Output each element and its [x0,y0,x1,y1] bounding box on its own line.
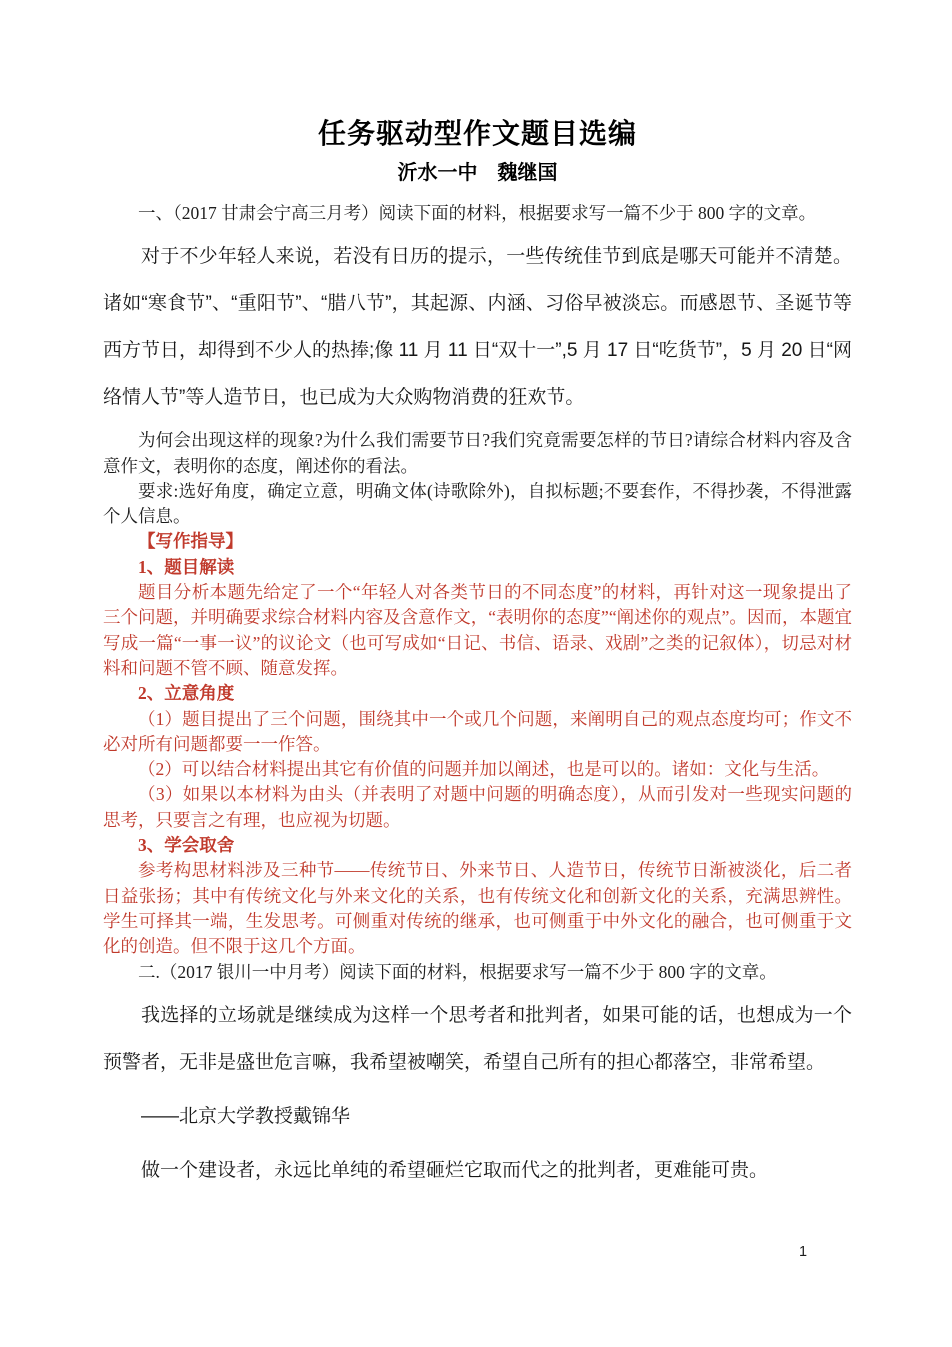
guide-section-2-point-2: （2）可以结合材料提出其它有价值的问题并加以阐述，也是可以的。诸如：文化与生活。 [103,757,852,782]
question-2-intro: 二.（2017 银川一中月考）阅读下面的材料，根据要求写一篇不少于 800 字的… [103,960,852,985]
question-1-material: 对于不少年轻人来说，若没有日历的提示，一些传统佳节到底是哪天可能并不清楚。诸如“… [103,233,852,421]
question-2-attribution: ——北京大学教授戴锦华 [103,1093,852,1140]
document-page: 任务驱动型作文题目选编 沂水一中 魏继国 一、（2017 甘肃会宁高三月考）阅读… [0,0,952,1347]
page-number: 1 [799,1244,807,1260]
guide-section-2-point-3: （3）如果以本材料为由头（并表明了对题中问题的明确态度），从而引发对一些现实问题… [103,782,852,833]
guide-section-1-body: 题目分析本题先给定了一个“年轻人对各类节日的不同态度”的材料，再针对这一现象提出… [103,580,852,681]
guide-section-2-point-1: （1）题目提出了三个问题，围绕其中一个或几个问题，来阐明自己的观点态度均可；作文… [103,707,852,758]
question-2-material-2: 做一个建设者，永远比单纯的希望砸烂它取而代之的批判者，更难能可贵。 [103,1147,852,1194]
guide-section-3-heading: 3、学会取舍 [103,833,852,858]
guide-section-1-heading: 1、题目解读 [103,555,852,580]
question-1-prompt: 为何会出现这样的现象?为什么我们需要节日?我们究竟需要怎样的节日?请综合材料内容… [103,428,852,479]
question-1-requirements: 要求:选好角度，确定立意，明确文体(诗歌除外)，自拟标题;不要套作，不得抄袭，不… [103,479,852,530]
document-author: 沂水一中 魏继国 [103,160,852,186]
question-1-intro: 一、（2017 甘肃会宁高三月考）阅读下面的材料，根据要求写一篇不少于 800 … [103,201,852,226]
guide-section-2-heading: 2、立意角度 [103,681,852,706]
question-2-material: 我选择的立场就是继续成为这样一个思考者和批判者，如果可能的话，也想成为一个预警者… [103,992,852,1086]
guide-section-3-body: 参考构思材料涉及三种节——传统节日、外来节日、人造节日，传统节日渐被淡化，后二者… [103,858,852,959]
writing-guide-header: 【写作指导】 [103,529,852,554]
document-title: 任务驱动型作文题目选编 [103,116,852,152]
